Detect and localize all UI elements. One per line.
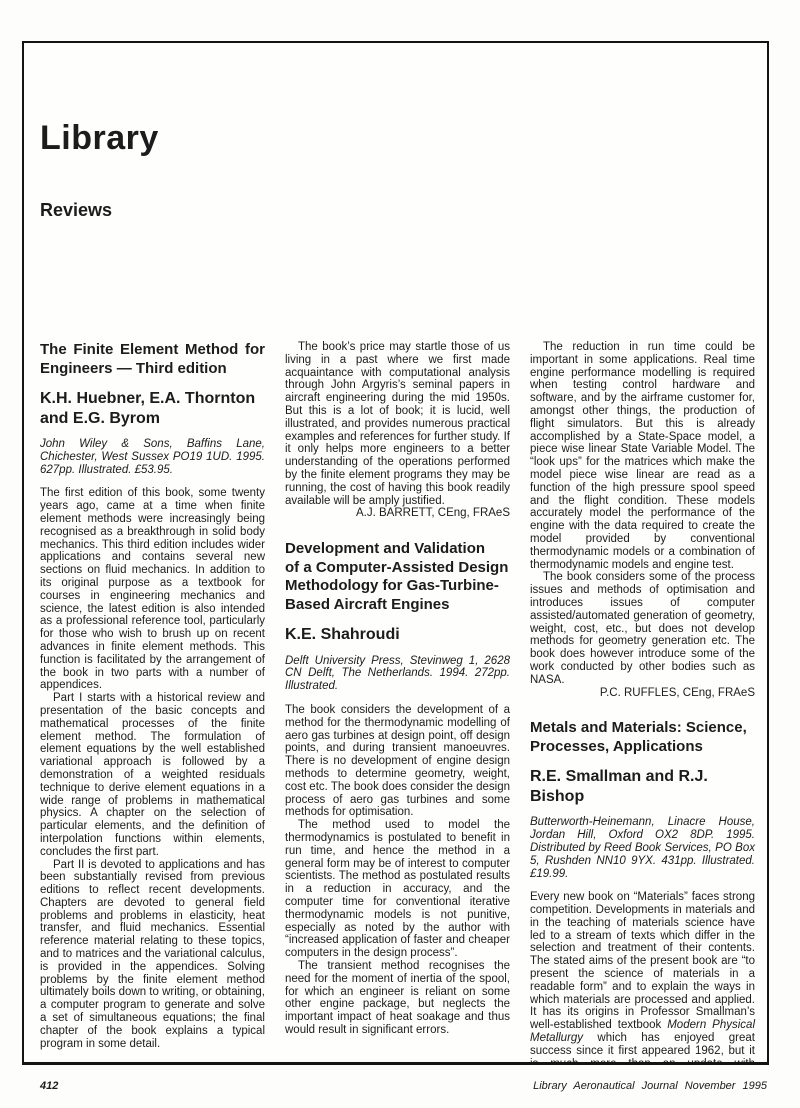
review-paragraph: The book considers some of the process i… [530, 571, 755, 686]
page-footer: 412 Library Aeronautical Journal Novembe… [22, 1080, 769, 1092]
scanned-journal-page: Library Reviews The Finite Element Metho… [0, 0, 800, 1108]
review-authors: K.H. Huebner, E.A. Thornton and E.G. Byr… [40, 389, 265, 428]
review-paragraph: The book considers the development of a … [285, 704, 510, 819]
review-author-line: R.E. Smallman and R.J. Bishop [530, 767, 755, 806]
review-imprint: Delft University Press, Stevinweg 1, 262… [285, 655, 510, 693]
review-title-line: Based Aircraft Engines [285, 596, 510, 615]
review-paragraph: The reduction in run time could be impor… [530, 341, 755, 571]
review-paragraph: Every new book on “Materials” faces stro… [530, 891, 755, 1065]
review-title: Development and Validation of a Computer… [285, 540, 510, 614]
review-authors: K.E. Shahroudi [285, 625, 510, 645]
review-paragraph: Part I starts with a historical review a… [40, 692, 265, 858]
reviewer-signature: A.J. BARRETT, CEng, FRAeS [285, 507, 510, 520]
review-author-line: K.H. Huebner, E.A. Thornton [40, 389, 265, 409]
column-1: The Finite Element Method for Engineers … [40, 341, 265, 1065]
review-authors: R.E. Smallman and R.J. Bishop [530, 767, 755, 806]
review-title-line: Methodology for Gas-Turbine- [285, 577, 510, 596]
review-article-3: Metals and Materials: Science, Processes… [530, 719, 755, 1065]
review-title-line: of a Computer-Assisted Design [285, 559, 510, 578]
review-title-line: Engineers — Third edition [40, 360, 265, 379]
review-title-line: The Finite Element Method for [40, 341, 265, 360]
review-paragraph: The method used to model the thermodynam… [285, 819, 510, 960]
reviewer-signature: P.C. RUFFLES, CEng, FRAeS [530, 687, 755, 700]
paragraph-text: Every new book on “Materials” faces stro… [530, 891, 755, 1031]
review-title-line: Development and Validation [285, 540, 510, 559]
column-3: The reduction in run time could be impor… [530, 341, 755, 1065]
footer-page-number: 412 [40, 1080, 58, 1092]
review-title: Metals and Materials: Science, Processes… [530, 719, 755, 756]
page-frame: Library Reviews The Finite Element Metho… [22, 41, 769, 1065]
page-title: Library [40, 121, 767, 155]
review-paragraph: Part II is devoted to applications and h… [40, 859, 265, 1051]
review-title: The Finite Element Method for Engineers … [40, 341, 265, 378]
review-article-1: The Finite Element Method for Engineers … [40, 341, 265, 1050]
review-author-line: and E.G. Byrom [40, 409, 265, 429]
review-imprint: John Wiley & Sons, Baffins Lane, Chiches… [40, 438, 265, 476]
review-title-line: Metals and Materials: Science, [530, 719, 755, 738]
review-author-line: K.E. Shahroudi [285, 625, 510, 645]
review-columns: The Finite Element Method for Engineers … [40, 341, 755, 1065]
footer-journal-title: Library Aeronautical Journal November 19… [533, 1080, 767, 1092]
review-paragraph: The transient method recognises the need… [285, 960, 510, 1037]
review-paragraph: The first edition of this book, some twe… [40, 487, 265, 692]
review-title-line: Processes, Applications [530, 738, 755, 757]
column-2: The book’s price may startle those of us… [285, 341, 510, 1065]
review-article-2: Development and Validation of a Computer… [285, 540, 510, 1037]
review-paragraph: The book’s price may startle those of us… [285, 341, 510, 507]
reviews-subtitle: Reviews [40, 201, 767, 219]
review-imprint: Butterworth-Heinemann, Linacre House, Jo… [530, 816, 755, 880]
